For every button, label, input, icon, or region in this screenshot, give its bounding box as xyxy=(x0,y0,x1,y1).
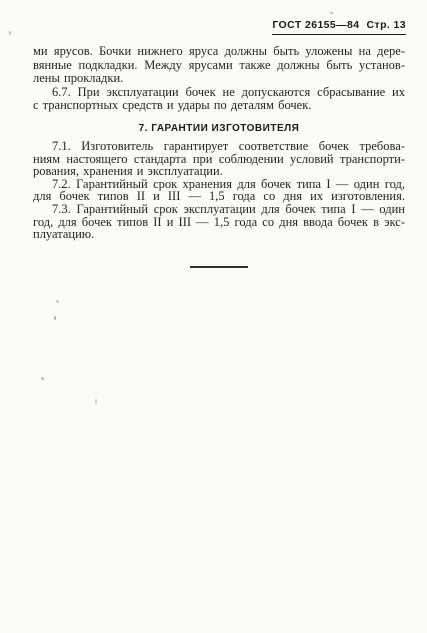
text-line: ми ярусов. Бочки нижнего яруса должны бы… xyxy=(33,45,405,59)
text-line: плуатацию. xyxy=(33,228,405,241)
running-header: ГОСТ 26155—84Стр. 13 xyxy=(272,19,406,35)
text-line: рования, хранения и эксплуатации. xyxy=(33,165,405,178)
section-7-text-block: 7.1. Изготовитель гарантирует соответств… xyxy=(33,140,405,241)
scan-speck xyxy=(41,377,44,380)
text-line: 7.1. Изготовитель гарантирует соответств… xyxy=(33,140,405,153)
standard-number: ГОСТ 26155—84 xyxy=(272,19,359,31)
section-end-rule xyxy=(190,266,248,268)
scan-speck xyxy=(9,31,11,35)
section-7-heading: 7. ГАРАНТИИ ИЗГОТОВИТЕЛЯ xyxy=(33,123,405,134)
page-number: Стр. 13 xyxy=(367,19,406,31)
scan-speck xyxy=(54,316,56,320)
section-6-text-block: ми ярусов. Бочки нижнего яруса должны бы… xyxy=(33,45,405,113)
text-line: вянные подкладки. Между ярусами также до… xyxy=(33,59,405,73)
text-line: 6.7. При эксплуатации бочек не допускают… xyxy=(33,86,405,100)
text-line: 7.3. Гарантийный срок эксплуатации для б… xyxy=(33,203,405,216)
text-line: с транспортных средств и удары по деталя… xyxy=(33,99,405,113)
scan-speck xyxy=(95,399,97,404)
text-line: лены прокладки. xyxy=(33,72,405,86)
scanned-document-page: { "page": { "colors": { "paper": "#fbfcf… xyxy=(0,0,427,633)
scan-speck xyxy=(330,12,333,14)
scan-speck xyxy=(56,300,59,303)
